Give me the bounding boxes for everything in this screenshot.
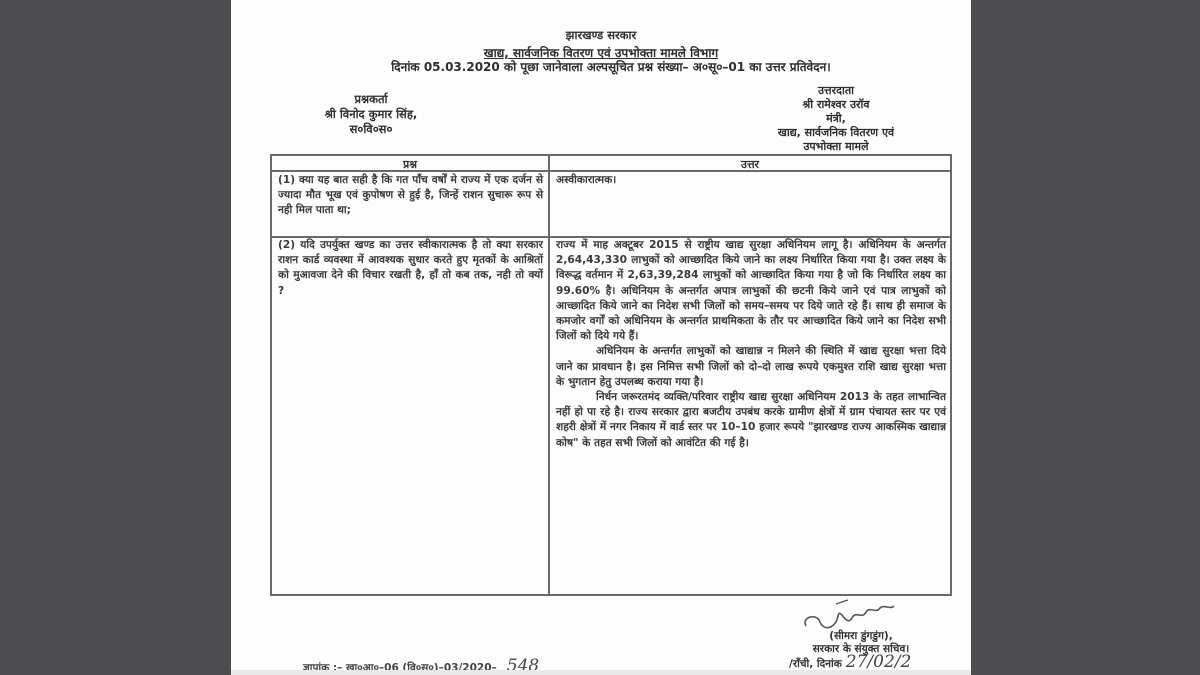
- replier-department: खाद्य, सार्वजनिक वितरण एवं: [731, 126, 941, 140]
- question-2: (2) यदि उपर्युक्त खण्ड का उत्तर स्वीकारा…: [278, 238, 543, 299]
- signature-date-line: /राँची, दिनांक27/02/2: [789, 652, 911, 672]
- department-title: खाद्य, सार्वजनिक वितरण एवं उपभोक्ता मामल…: [231, 44, 971, 61]
- column-divider: [548, 156, 550, 594]
- asker-block: प्रश्नकर्ता श्री विनोद कुमार सिंह, स०वि०…: [261, 92, 481, 137]
- answer-2: राज्य में माह अक्टूबर 2015 से राष्ट्रीय …: [556, 238, 946, 451]
- page-bottom-edge: [231, 670, 971, 675]
- header-question: प्रश्न: [272, 157, 548, 172]
- replier-designation: मंत्री,: [731, 112, 941, 126]
- replier-department-2: उपभोक्ता मामले: [731, 140, 941, 154]
- table-header: प्रश्न उत्तर: [272, 156, 950, 172]
- government-title: झारखण्ड सरकार: [231, 28, 971, 43]
- handwritten-date: 27/02/2: [846, 652, 912, 672]
- replier-name: श्री रामेश्वर उरॉव: [731, 98, 941, 112]
- answer-2-para-1: राज्य में माह अक्टूबर 2015 से राष्ट्रीय …: [556, 238, 946, 344]
- place-date-label: /राँची, दिनांक: [789, 658, 842, 670]
- replier-label: उत्तरदाता: [731, 84, 941, 98]
- subject-line: दिनांक 05.03.2020 को पूछा जानेवाला अल्पस…: [231, 60, 971, 75]
- asker-name: श्री विनोद कुमार सिंह,: [261, 107, 481, 122]
- answer-1: अस्वीकारात्मक।: [556, 173, 946, 188]
- replier-block: उत्तरदाता श्री रामेश्वर उरॉव मंत्री, खाद…: [731, 84, 941, 154]
- answer-2-para-3: निर्धन जरूरतमंद व्यक्ति/परिवार राष्ट्रीय…: [556, 390, 946, 451]
- qa-table: प्रश्न उत्तर (1) क्या यह बात सही है कि ग…: [270, 154, 952, 596]
- header-answer: उत्तर: [550, 157, 950, 172]
- asker-label: प्रश्नकर्ता: [261, 92, 481, 107]
- question-1: (1) क्या यह बात सही है कि गत पाँच वर्षों…: [278, 173, 543, 219]
- document-page: झारखण्ड सरकार खाद्य, सार्वजनिक वितरण एवं…: [231, 0, 971, 675]
- asker-designation: स०वि०स०: [261, 122, 481, 137]
- signatory-name: (सीमरा डुंगडुंग),: [751, 630, 971, 643]
- answer-2-para-2: अधिनियम के अन्तर्गत लाभुकों को खाद्यान्न…: [556, 344, 946, 390]
